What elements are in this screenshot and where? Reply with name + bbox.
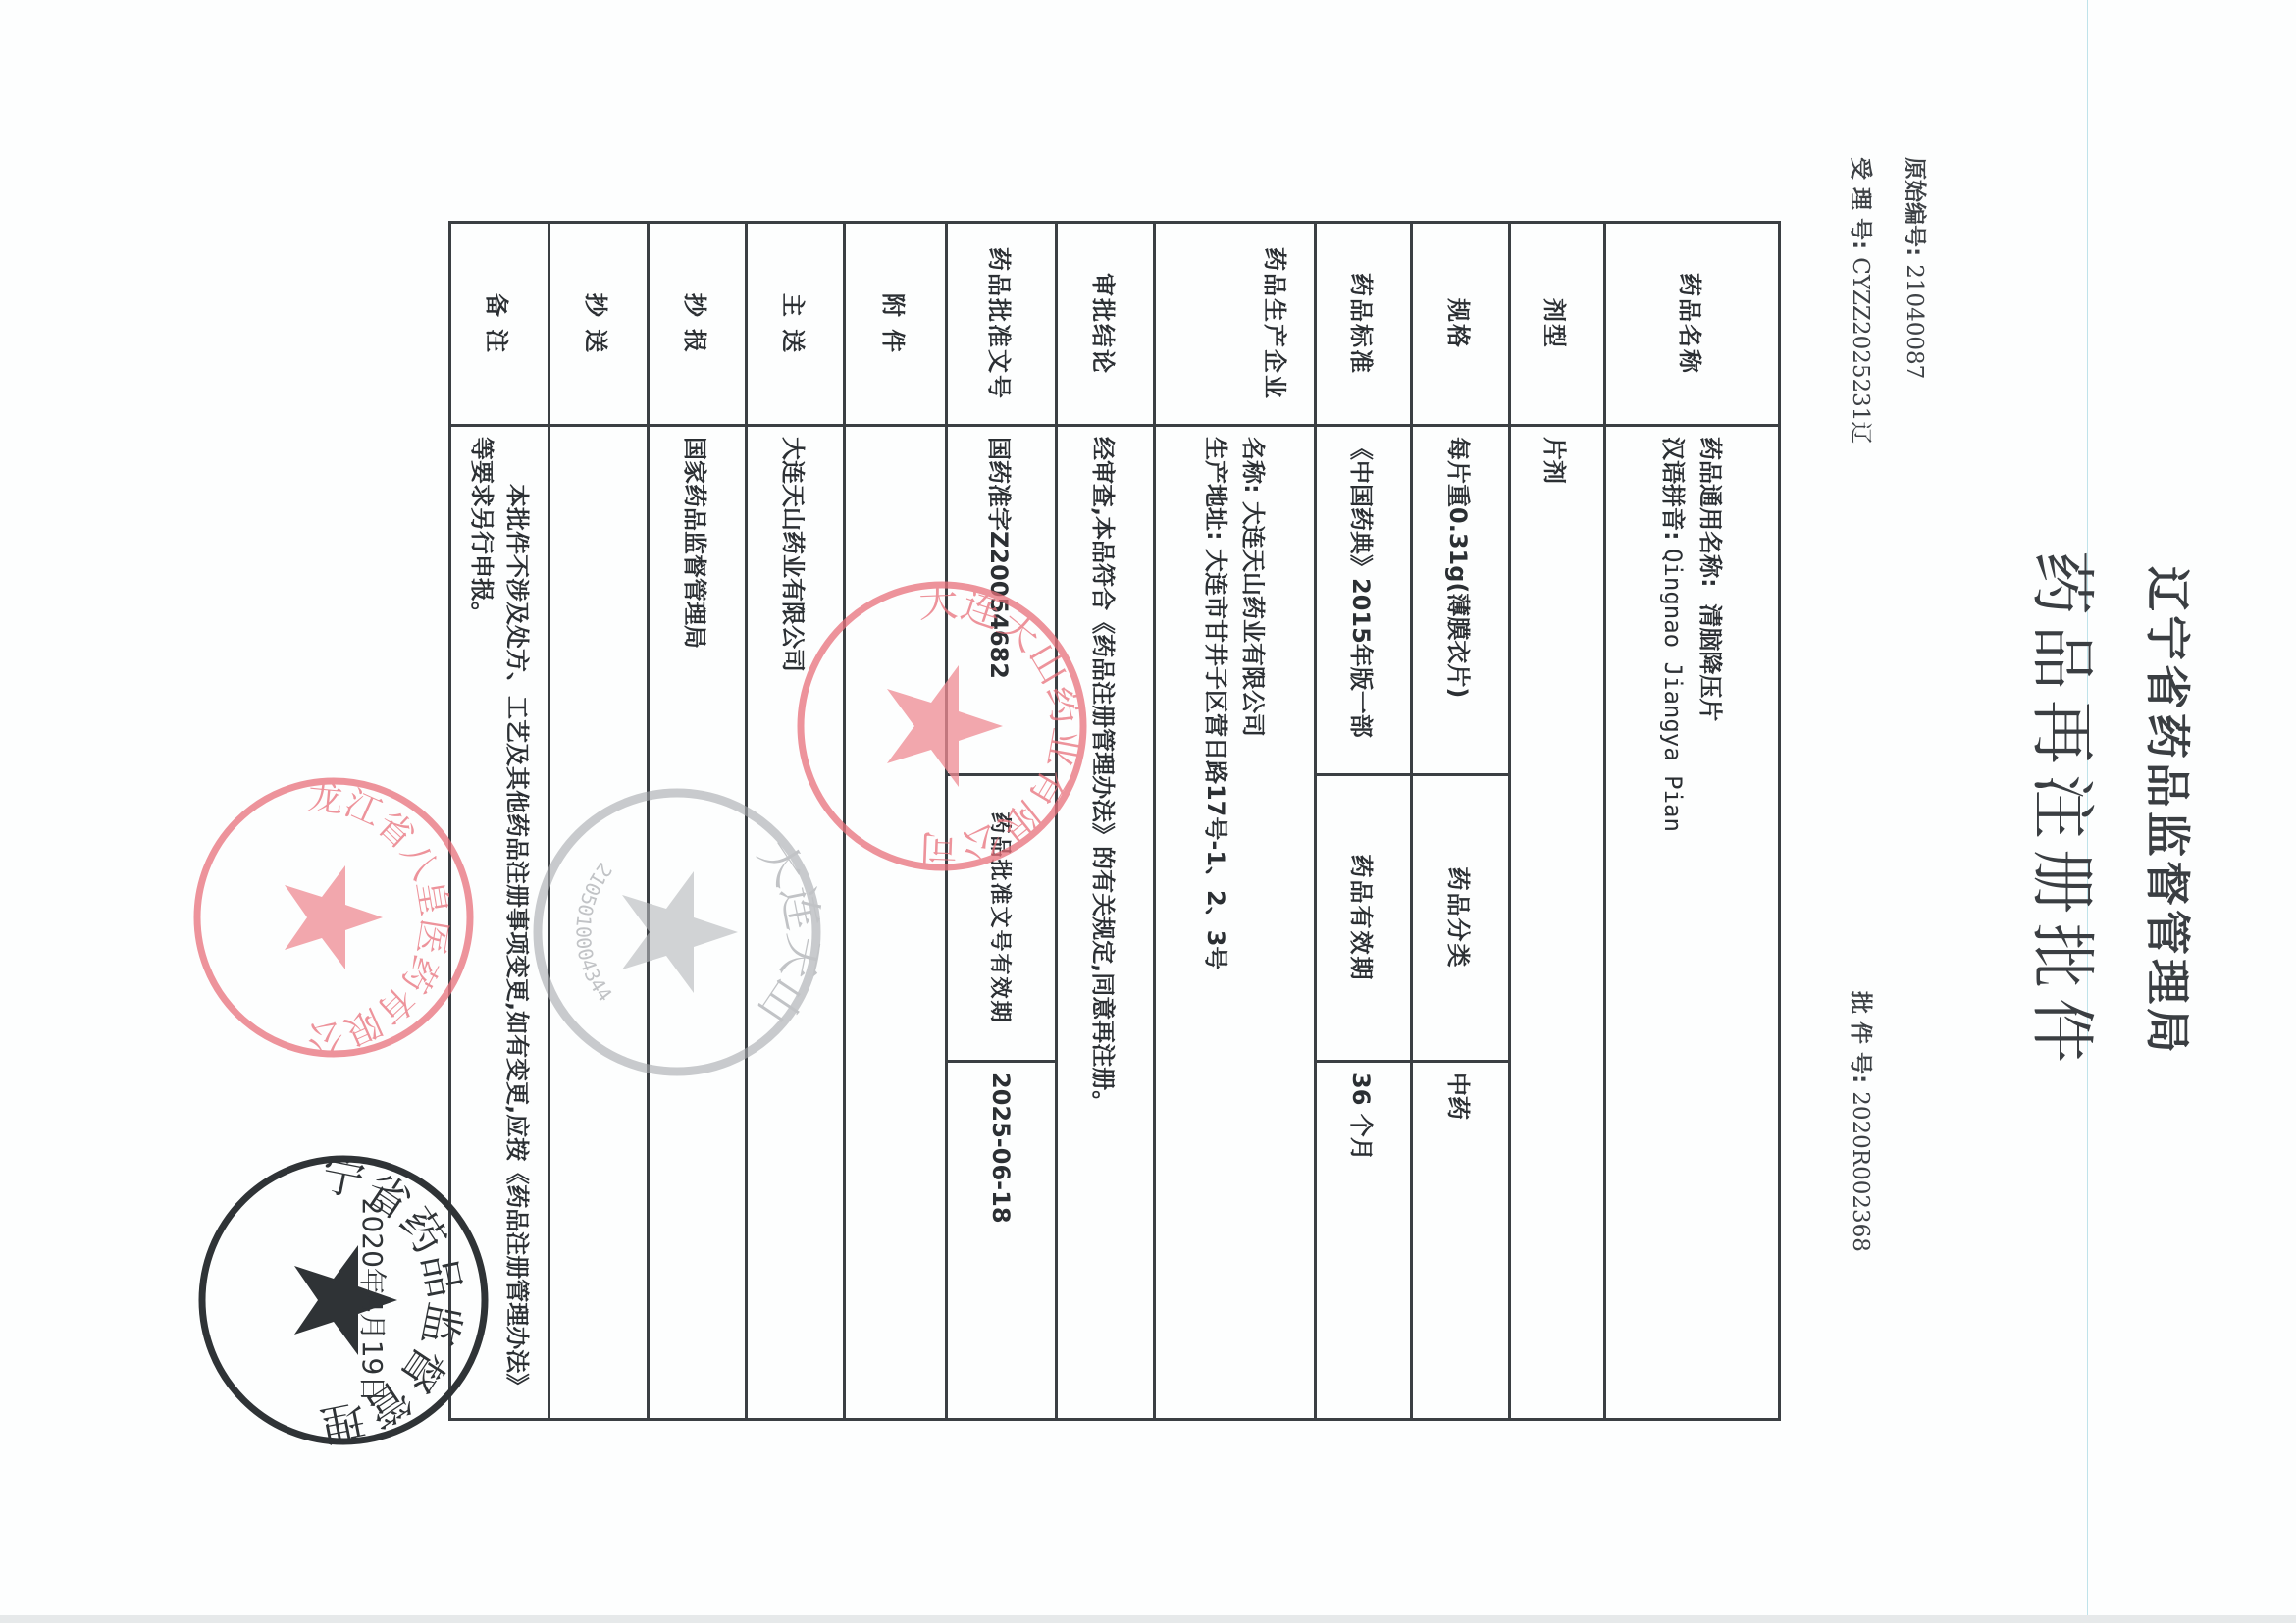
row-specification: 规格 每片重0.31g(薄膜衣片) 药品分类 中药: [1412, 223, 1510, 1420]
row-dosage-form: 剂型 片剂: [1510, 223, 1605, 1420]
document-title: 药品再注册批件: [2021, 0, 2114, 1623]
attachment-value: [845, 426, 947, 1420]
acceptance-number: 受 理 号:CYZZ2025231辽: [1847, 157, 1879, 444]
dosage-form-label: 剂型: [1510, 223, 1605, 426]
dosage-form-value: 片剂: [1510, 426, 1605, 1420]
document-page: 辽宁省药品监督管理局 药品再注册批件 原始编号:21040087 受 理 号:C…: [0, 0, 2296, 1623]
issuing-agency: 辽宁省药品监督管理局: [2138, 0, 2203, 1623]
star-icon: [285, 865, 383, 969]
manufacturer-address-label: 生产地址:: [1203, 437, 1230, 541]
svg-text:2105010004344: 2105010004344: [571, 859, 616, 1007]
manufacturer-address: 大连市甘井子区营日路17号-1、2、3号: [1203, 549, 1230, 969]
approval-number-label: 批 件 号:: [1848, 991, 1873, 1083]
approval-number-label-cell: 药品批准文号: [947, 223, 1057, 426]
approval-number: 批 件 号:2020R002368: [1847, 991, 1879, 1252]
agency-seal-date: 2020年4月19日: [356, 1198, 389, 1403]
pinyin: Qingnao Jiangya Pian: [1660, 549, 1688, 832]
drug-name-value: 药品通用名称: 清脑降压片 汉语拼音: Qingnao Jiangya Pian: [1605, 426, 1780, 1420]
category-label: 药品分类: [1412, 775, 1510, 1062]
approval-expiry-value: 2025-06-18: [947, 1062, 1057, 1420]
specification-label: 规格: [1412, 223, 1510, 426]
acceptance-number-label: 受 理 号:: [1848, 157, 1873, 249]
validity-label: 药品有效期: [1316, 775, 1412, 1062]
original-number-label: 原始编号:: [1902, 157, 1927, 256]
company-seal-gray-code: 2105010004344: [571, 859, 616, 1007]
specification-value: 每片重0.31g(薄膜衣片): [1412, 426, 1510, 775]
agency-official-seal: 辽宁省药品监督管理局 2020年4月19日: [196, 1153, 491, 1447]
approval-number-value: 2020R002368: [1848, 1091, 1873, 1252]
remarks-label: 备 注: [450, 223, 549, 426]
manufacturer-label: 药品生产企业: [1155, 223, 1316, 426]
company-seal-red: 大连天山药业有限公司: [795, 579, 1089, 873]
pinyin-label: 汉语拼音:: [1660, 437, 1688, 541]
generic-name-label: 药品通用名称:: [1697, 437, 1725, 588]
original-number-value: 21040087: [1902, 264, 1927, 379]
acceptance-number-value: CYZZ2025231辽: [1848, 257, 1873, 444]
manufacturer-name-label: 名称:: [1240, 437, 1268, 494]
attachment-label: 附 件: [845, 223, 947, 426]
hospital-seal-red: 黑龙江省八皇医药有限公司: [191, 775, 476, 1060]
manufacturer-name: 大连天山药业有限公司: [1240, 501, 1268, 737]
star-icon: [887, 665, 1003, 787]
conclusion-value: 经审查,本品符合《药品注册管理办法》的有关规定,同意再注册。: [1057, 426, 1155, 1420]
send-to-label: 主 送: [747, 223, 845, 426]
row-standard: 药品标准 《中国药典》2015年版一部 药品有效期 36 个月: [1316, 223, 1412, 1420]
row-manufacturer: 药品生产企业 名称: 大连天山药业有限公司 生产地址: 大连市甘井子区营日路17…: [1155, 223, 1316, 1420]
manufacturer-value: 名称: 大连天山药业有限公司 生产地址: 大连市甘井子区营日路17号-1、2、3…: [1155, 426, 1316, 1420]
star-icon: [622, 871, 738, 993]
standard-label: 药品标准: [1316, 223, 1412, 426]
drug-name-label: 药品名称: [1605, 223, 1780, 426]
report-to-label: 抄 报: [649, 223, 747, 426]
standard-value: 《中国药典》2015年版一部: [1316, 426, 1412, 775]
category-value: 中药: [1412, 1062, 1510, 1420]
conclusion-label: 审批结论: [1057, 223, 1155, 426]
row-drug-name: 药品名称 药品通用名称: 清脑降压片 汉语拼音: Qingnao Jiangya…: [1605, 223, 1780, 1420]
validity-value: 36 个月: [1316, 1062, 1412, 1420]
original-number: 原始编号:21040087: [1901, 157, 1933, 379]
company-seal-gray: 大连天山 2105010004344: [530, 785, 824, 1079]
copy-to-label: 抄 送: [549, 223, 649, 426]
generic-name: 清脑降压片: [1697, 603, 1725, 721]
